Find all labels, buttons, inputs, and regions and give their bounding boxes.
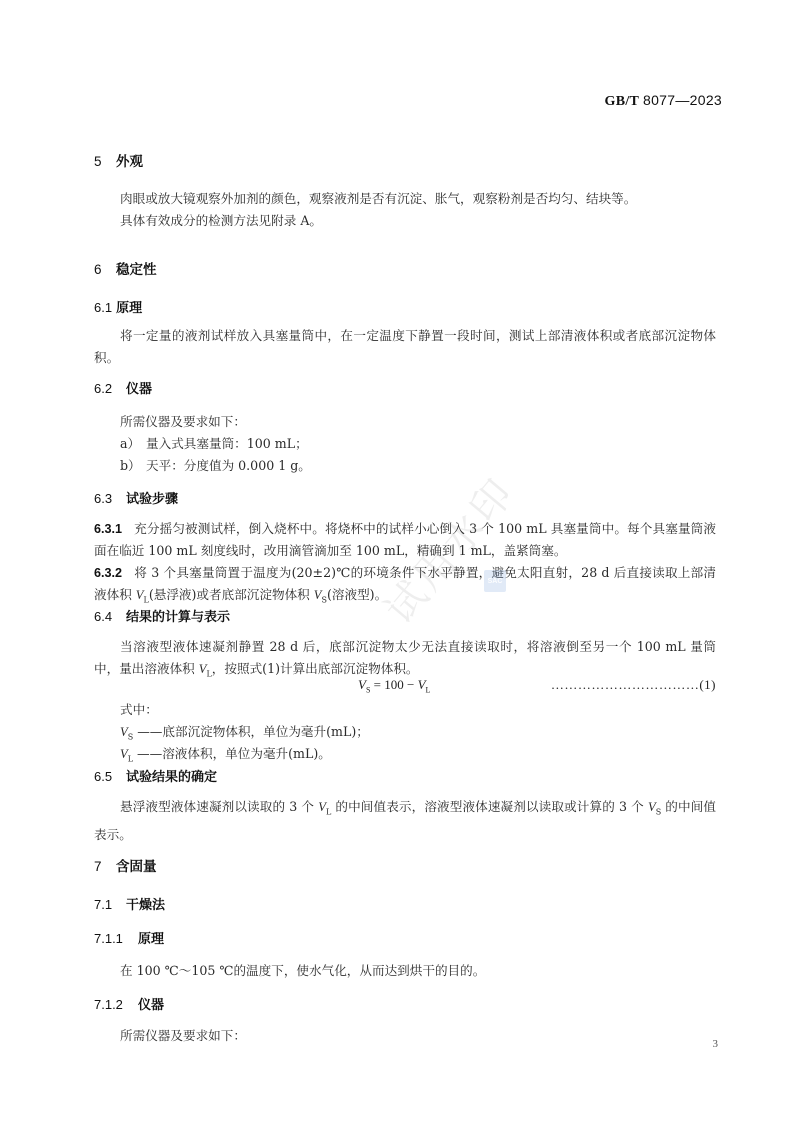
- std-number: 8077—2023: [643, 92, 722, 108]
- section-title: 外观: [116, 154, 143, 170]
- section-5-heading: 5外观: [94, 150, 716, 170]
- section-number: 6.4: [94, 609, 126, 624]
- section-6-2-heading: 6.2仪器: [94, 378, 716, 397]
- section-6-3-heading: 6.3试验步骤: [94, 488, 716, 507]
- clause-number: 6.3.2: [94, 566, 122, 580]
- formula-expression: VS = 100 − VL: [358, 677, 430, 695]
- section-5-para-2: 具体有效成分的检测方法见附录 A。: [94, 210, 716, 232]
- list-label: b）: [120, 455, 146, 477]
- list-item: a）量入式具塞量筒：100 mL；: [94, 433, 742, 455]
- section-title: 干燥法: [126, 898, 165, 913]
- clause-text: (溶液型)。: [327, 587, 387, 602]
- section-6-5-heading: 6.5试验结果的确定: [94, 766, 716, 785]
- standard-code: GB/T 8077—2023: [605, 92, 722, 110]
- section-number: 6.5: [94, 769, 126, 784]
- formula-operator: = 100 −: [370, 677, 417, 692]
- variable: V: [318, 800, 326, 814]
- section-title: 仪器: [138, 998, 164, 1013]
- section-title: 试验步骤: [126, 492, 178, 507]
- section-number: 6: [94, 262, 116, 277]
- list-text: 量入式具塞量筒：100 mL；: [146, 436, 308, 451]
- section-7-1-1-para: 在 100 ℃～105 ℃的温度下，使水气化，从而达到烘干的目的。: [94, 960, 716, 982]
- list-text: 天平：分度值为 0.000 1 g。: [146, 458, 311, 473]
- document-page: GB/T 8077—2023 5外观 肉眼或放大镜观察外加剂的颜色，观察液剂是否…: [0, 0, 800, 1128]
- variable: V: [418, 677, 426, 692]
- section-6-4-heading: 6.4结果的计算与表示: [94, 606, 716, 625]
- where-label: 式中：: [94, 699, 716, 721]
- section-number: 7.1: [94, 897, 126, 912]
- clause-6-3-1: 6.3.1充分摇匀被测试样，倒入烧杯中。将烧杯中的试样小心倒入 3 个 100 …: [94, 518, 716, 562]
- section-number: 6.1: [94, 300, 112, 315]
- section-6-2-intro: 所需仪器及要求如下：: [94, 411, 716, 433]
- clause-text: 充分摇匀被测试样，倒入烧杯中。将烧杯中的试样小心倒入 3 个 100 mL 具塞…: [94, 521, 716, 558]
- section-title: 含固量: [116, 859, 157, 875]
- list-item: b）天平：分度值为 0.000 1 g。: [94, 455, 742, 477]
- para-text: 的中间值表示，溶液型液体速凝剂以读取或计算的 3 个: [331, 799, 648, 814]
- variable: V: [358, 677, 366, 692]
- section-6-1-heading: 6.1原理: [94, 297, 716, 316]
- section-7-1-2-intro: 所需仪器及要求如下：: [94, 1025, 716, 1047]
- section-title: 原理: [116, 301, 142, 316]
- variable: V: [136, 588, 144, 602]
- section-number: 7: [94, 859, 116, 874]
- formula-1: VS = 100 − VL ……………………………(1): [94, 677, 716, 699]
- list-label: a）: [120, 433, 146, 455]
- section-title: 结果的计算与表示: [126, 610, 230, 625]
- section-number: 6.2: [94, 381, 126, 396]
- section-number: 6.3: [94, 491, 126, 506]
- section-number: 7.1.2: [94, 997, 138, 1012]
- variable: V: [648, 800, 656, 814]
- definition-text: ——溶液体积，单位为毫升(mL)。: [133, 746, 331, 761]
- para-text: ，按照式(1)计算出底部沉淀物体积。: [212, 661, 419, 676]
- variable: V: [120, 725, 128, 739]
- section-7-1-1-heading: 7.1.1原理: [94, 928, 716, 947]
- section-title: 稳定性: [116, 262, 157, 278]
- clause-number: 6.3.1: [94, 522, 122, 536]
- section-7-heading: 7含固量: [94, 855, 716, 875]
- clause-6-3-2: 6.3.2将 3 个具塞量筒置于温度为(20±2)℃的环境条件下水平静置，避免太…: [94, 562, 716, 612]
- variable: V: [120, 747, 128, 761]
- section-5-para-1: 肉眼或放大镜观察外加剂的颜色，观察液剂是否有沉淀、胀气，观察粉剂是否均匀、结块等…: [94, 188, 716, 210]
- section-title: 试验结果的确定: [126, 770, 217, 785]
- para-text: 悬浮液型液体速凝剂以读取的 3 个: [120, 799, 318, 814]
- section-7-1-heading: 7.1干燥法: [94, 894, 716, 913]
- definition-text: ——底部沉淀物体积，单位为毫升(mL)；: [133, 724, 369, 739]
- clause-text: (悬浮液)或者底部沉淀物体积: [149, 587, 314, 602]
- section-title: 仪器: [126, 382, 152, 397]
- sac-logo-icon: SAC: [484, 570, 506, 592]
- section-number: 7.1.1: [94, 931, 138, 946]
- section-6-1-para: 将一定量的液剂试样放入具塞量筒中，在一定温度下静置一段时间，测试上部清液体积或者…: [94, 325, 716, 369]
- variable-subscript: L: [426, 686, 431, 695]
- std-prefix: GB/T: [605, 94, 640, 109]
- section-7-1-2-heading: 7.1.2仪器: [94, 994, 716, 1013]
- page-number: 3: [713, 1038, 719, 1050]
- section-6-heading: 6稳定性: [94, 258, 716, 278]
- section-number: 5: [94, 154, 116, 169]
- section-title: 原理: [138, 932, 164, 947]
- equation-number: ……………………………(1): [551, 677, 716, 693]
- section-6-5-para: 悬浮液型液体速凝剂以读取的 3 个 VL 的中间值表示，溶液型液体速凝剂以读取或…: [94, 796, 716, 846]
